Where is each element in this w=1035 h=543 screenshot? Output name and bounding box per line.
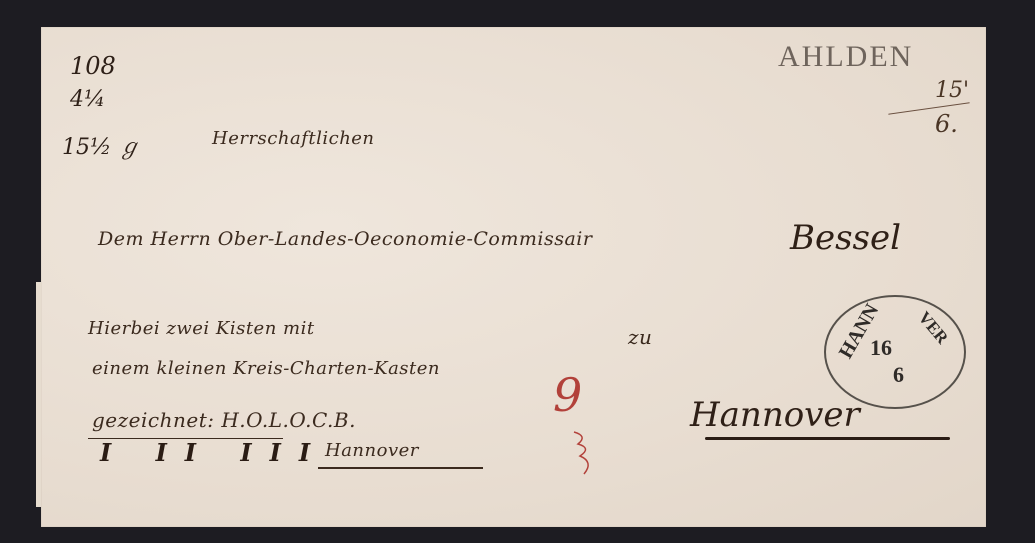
rate-left-line1: 108 <box>70 52 116 80</box>
note-city: Hannover <box>325 440 419 461</box>
endorsement-text: Herrschaftlichen <box>212 128 375 149</box>
note-numerals: I II III <box>100 438 328 467</box>
postmark-day: 16 <box>870 335 892 361</box>
address-preposition: zu <box>628 325 652 349</box>
numerals-overline <box>88 438 283 439</box>
red-squiggle-icon <box>570 428 600 478</box>
address-city: Hannover <box>690 395 860 435</box>
city-underline <box>705 437 950 440</box>
postmark-month: 6 <box>893 362 904 388</box>
note-line3: gezeichnet: H.O.L.O.C.B. <box>92 408 356 432</box>
note-line1: Hierbei zwei Kisten mit <box>88 318 315 339</box>
address-line1: Dem Herrn Ober-Landes-Oeconomie-Commissa… <box>98 228 592 250</box>
note-city-underline <box>318 467 483 469</box>
ahlden-cancel-stamp: AHLDEN <box>778 40 913 74</box>
rate-marking-lower: 6. <box>935 110 958 138</box>
red-rate-marking: 9 <box>553 368 582 422</box>
rate-marking-upper: 15' <box>935 78 969 103</box>
rate-left-line3: 15½ ℊ <box>62 130 140 161</box>
address-recipient: Bessel <box>790 218 901 258</box>
rate-left-line2: 4¼ <box>70 87 105 112</box>
note-line2: einem kleinen Kreis-Charten-Kasten <box>92 358 440 379</box>
